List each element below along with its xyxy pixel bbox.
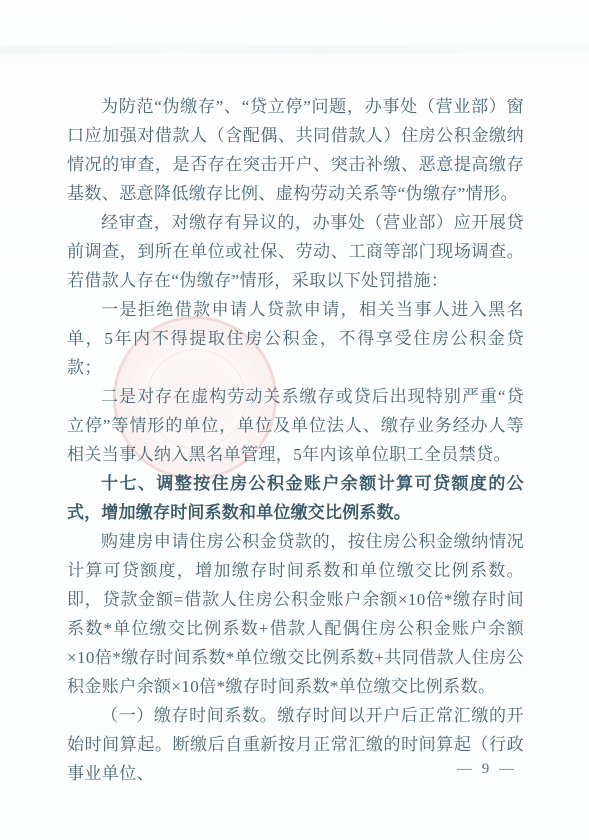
page-number: — 9 — [457,761,517,778]
paragraph-penalty-item-2: 二是对存在虚构劳动关系缴存或贷后出现特别严重“贷立停”等情形的单位，单位及单位法… [67,382,524,469]
paragraph-deposit-time-coefficient: （一）缴存时间系数。缴存时间以开户后正常汇缴的开始时间算起。断缴后自重新按月正常… [67,701,524,788]
paragraph-loan-amount-formula: 购建房申请住房公积金贷款的，按住房公积金缴纳情况计算可贷额度，增加缴存时间系数和… [67,527,524,701]
section-heading-17: 十七、调整按住房公积金账户余额计算可贷额度的公式，增加缴存时间系数和单位缴交比例… [67,469,524,527]
scan-artifact [0,46,589,54]
paragraph-penalty-item-1: 一是拒绝借款申请人贷款申请，相关当事人进入黑名单，5年内不得提取住房公积金，不得… [67,295,524,382]
document-page: 为防范“伪缴存”、“贷立停”问题，办事处（营业部）窗口应加强对借款人（含配偶、共… [0,0,589,840]
paragraph-fake-deposit-prevention: 为防范“伪缴存”、“贷立停”问题，办事处（营业部）窗口应加强对借款人（含配偶、共… [67,92,524,208]
document-body: 为防范“伪缴存”、“贷立停”问题，办事处（营业部）窗口应加强对借款人（含配偶、共… [67,92,524,788]
paragraph-pre-loan-investigation: 经审查，对缴存有异议的，办事处（营业部）应开展贷前调查，到所在单位或社保、劳动、… [67,208,524,295]
